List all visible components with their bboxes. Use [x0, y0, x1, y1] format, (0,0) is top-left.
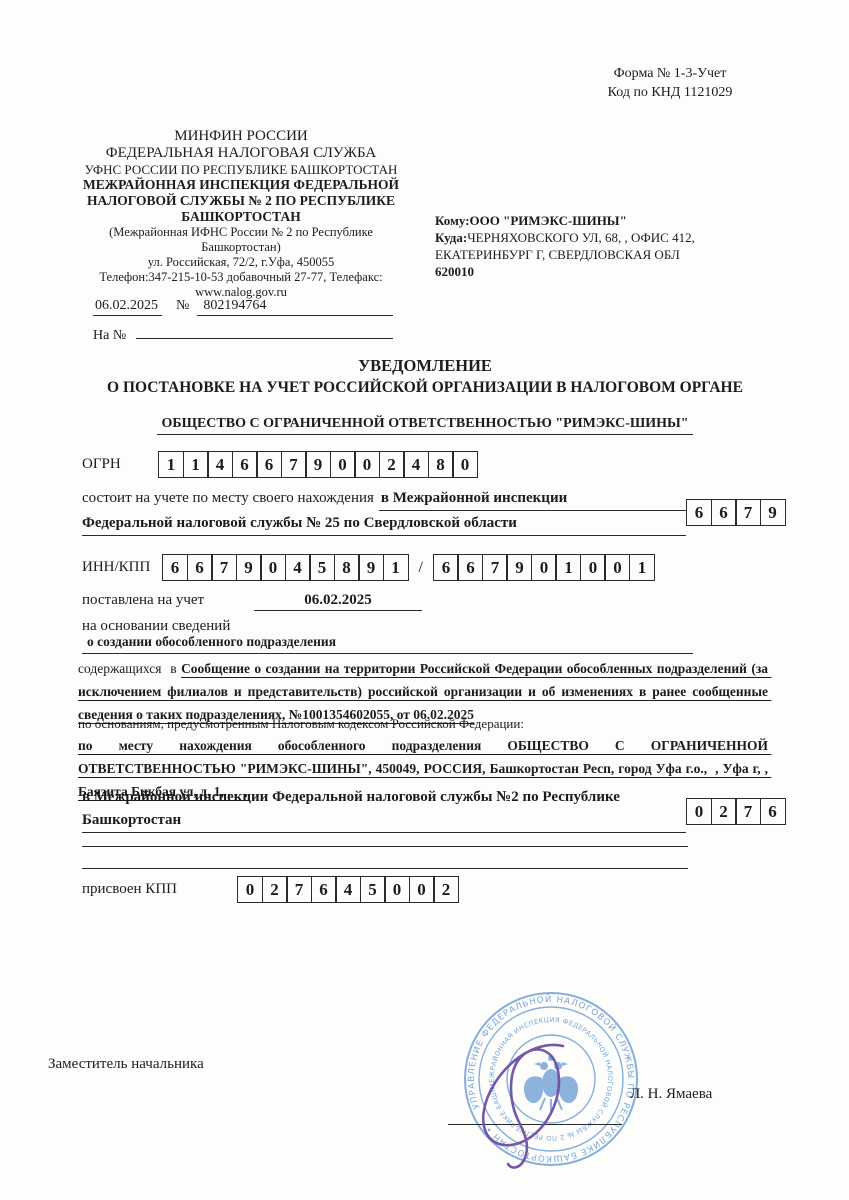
digit-cell: 4	[207, 451, 233, 478]
sender-inspection-name: МЕЖРАЙОННАЯ ИНСПЕКЦИЯ ФЕДЕРАЛЬНОЙ НАЛОГО…	[73, 177, 409, 225]
digit-cell: 0	[384, 876, 410, 903]
digit-cell: 2	[433, 876, 459, 903]
registered-prefix: состоит на учете по месту своего нахожде…	[82, 486, 379, 510]
digit-cell: 6	[311, 876, 337, 903]
contained-document: Сообщение о создании на территории Росси…	[78, 661, 771, 722]
digit-cell: 8	[334, 554, 360, 581]
set-date-value: 06.02.2025	[254, 592, 422, 611]
digit-cell: 6	[711, 499, 737, 526]
digit-cell: 9	[506, 554, 532, 581]
sender-header: МИНФИН РОССИИ ФЕДЕРАЛЬНАЯ НАЛОГОВАЯ СЛУЖ…	[73, 128, 409, 300]
digit-cell: 5	[360, 876, 386, 903]
digit-cell: 7	[482, 554, 508, 581]
inspection-line1: в Межрайонной инспекции Федеральной нало…	[82, 786, 686, 809]
set-date-label: поставлена на учет	[82, 592, 254, 609]
sender-line: МИНФИН РОССИИ	[73, 128, 409, 145]
registered-inspection-part1: в Межрайонной инспекции	[379, 486, 686, 511]
digit-cell: 0	[260, 554, 286, 581]
sender-address: ул. Российская, 72/2, г.Уфа, 450055	[73, 255, 409, 270]
ref-row-in: На №	[93, 323, 393, 344]
inspection-line2: Башкортостан	[82, 809, 686, 833]
handwritten-signature-icon	[468, 1028, 598, 1183]
digit-cell: 9	[760, 499, 786, 526]
digit-cell: 4	[285, 554, 311, 581]
sender-phone: Телефон:347-215-10-53 добавочный 27-77, …	[73, 270, 409, 285]
digit-cell: 8	[428, 451, 454, 478]
ref-date: 06.02.2025	[93, 298, 162, 316]
organization-name: ОБЩЕСТВО С ОГРАНИЧЕННОЙ ОТВЕТСТВЕННОСТЬЮ…	[80, 414, 770, 435]
inspection-code-cells: 6679	[686, 499, 786, 526]
registered-line1: состоит на учете по месту своего нахожде…	[82, 486, 686, 511]
registered-at-block: состоит на учете по месту своего нахожде…	[82, 486, 686, 536]
signature-stroke-icon	[468, 1028, 598, 1178]
digit-cell: 0	[580, 554, 606, 581]
digit-cell: 7	[281, 451, 307, 478]
digit-cell: 4	[403, 451, 429, 478]
digit-cell: 6	[760, 798, 786, 825]
ogrn-cells: 1146679002480	[158, 451, 478, 478]
digit-cell: 9	[305, 451, 331, 478]
recipient-block: Кому:ООО "РИМЭКС-ШИНЫ" Куда:ЧЕРНЯХОВСКОГ…	[435, 212, 780, 280]
komu-label: Кому:	[435, 213, 470, 228]
digit-cell: 1	[158, 451, 184, 478]
assigned-kpp-row: присвоен КПП 027645002	[82, 876, 459, 903]
inspection-block: в Межрайонной инспекции Федеральной нало…	[82, 786, 686, 833]
registered-inspection-part2: Федеральной налоговой службы № 25 по Све…	[82, 511, 686, 536]
ogrn-row: ОГРН 1146679002480	[82, 451, 478, 478]
number-sign: №	[162, 298, 197, 314]
digit-cell: 7	[211, 554, 237, 581]
recipient-org: ООО "РИМЭКС-ШИНЫ"	[470, 213, 627, 228]
digit-cell: 9	[236, 554, 262, 581]
form-number: Форма № 1-3-Учет	[565, 64, 775, 83]
digit-cell: 0	[354, 451, 380, 478]
recipient-zip: 620010	[435, 263, 780, 280]
kuda-label: Куда:	[435, 230, 467, 245]
signer-name: Л. Н. Ямаева	[630, 1086, 712, 1103]
digit-cell: 6	[162, 554, 188, 581]
digit-cell: 0	[330, 451, 356, 478]
digit-cell: 1	[383, 554, 409, 581]
blank-rule	[82, 868, 688, 869]
title-line2: О ПОСТАНОВКЕ НА УЧЕТ РОССИЙСКОЙ ОРГАНИЗА…	[80, 379, 770, 397]
digit-cell: 6	[433, 554, 459, 581]
signer-position: Заместитель начальника	[48, 1056, 204, 1073]
digit-cell: 6	[232, 451, 258, 478]
inn-kpp-row: ИНН/КПП 6679045891 / 667901001	[82, 554, 655, 581]
separator-slash: /	[409, 559, 433, 577]
basis-label: на основании сведений	[82, 618, 230, 635]
digit-cell: 6	[256, 451, 282, 478]
sender-line: ФЕДЕРАЛЬНАЯ НАЛОГОВАЯ СЛУЖБА	[73, 145, 409, 162]
grounds-label: по основаниям, предусмотренным Налоговым…	[78, 716, 524, 732]
digit-cell: 2	[262, 876, 288, 903]
recipient-street: ЧЕРНЯХОВСКОГО УЛ, 68, , ОФИС 412,	[467, 230, 695, 245]
ref-block: 06.02.2025 № 802194764 На №	[93, 298, 393, 344]
kpp-cells: 667901001	[433, 554, 655, 581]
document-page: Форма № 1-3-Учет Код по КНД 1121029 МИНФ…	[0, 0, 849, 1200]
recipient-city: ЕКАТЕРИНБУРГ Г, СВЕРДЛОВСКАЯ ОБЛ	[435, 246, 780, 263]
basis-value: о создании обособленного подразделения	[82, 634, 693, 654]
digit-cell: 0	[604, 554, 630, 581]
assigned-kpp-cells: 027645002	[237, 876, 459, 903]
digit-cell: 7	[735, 499, 761, 526]
recipient-komu-line: Кому:ООО "РИМЭКС-ШИНЫ"	[435, 212, 780, 229]
knd-code: Код по КНД 1121029	[565, 83, 775, 102]
digit-cell: 0	[237, 876, 263, 903]
document-title: УВЕДОМЛЕНИЕ О ПОСТАНОВКЕ НА УЧЕТ РОССИЙС…	[80, 356, 770, 397]
digit-cell: 1	[555, 554, 581, 581]
title-line1: УВЕДОМЛЕНИЕ	[80, 356, 770, 376]
digit-cell: 0	[409, 876, 435, 903]
contained-prefix: содержащихся в	[78, 661, 177, 676]
na-number-label: На №	[93, 328, 136, 344]
digit-cell: 6	[457, 554, 483, 581]
form-code-block: Форма № 1-3-Учет Код по КНД 1121029	[565, 64, 775, 102]
digit-cell: 9	[358, 554, 384, 581]
digit-cell: 6	[187, 554, 213, 581]
ogrn-label: ОГРН	[82, 456, 158, 473]
ref-row-out: 06.02.2025 № 802194764	[93, 298, 393, 316]
inspection2-code-cells: 0276	[686, 798, 786, 825]
digit-cell: 6	[686, 499, 712, 526]
digit-cell: 0	[531, 554, 557, 581]
digit-cell: 2	[711, 798, 737, 825]
digit-cell: 0	[686, 798, 712, 825]
assigned-kpp-label: присвоен КПП	[82, 881, 237, 898]
na-number-blank	[136, 323, 393, 339]
sender-line: УФНС РОССИИ ПО РЕСПУБЛИКЕ БАШКОРТОСТАН	[73, 162, 409, 177]
inn-kpp-label: ИНН/КПП	[82, 559, 162, 576]
inspection-line2-text: Башкортостан	[82, 809, 191, 833]
set-date-row: поставлена на учет 06.02.2025	[82, 592, 422, 611]
digit-cell: 5	[309, 554, 335, 581]
sender-line: (Межрайонная ИФНС России № 2 по Республи…	[73, 225, 409, 255]
digit-cell: 4	[335, 876, 361, 903]
digit-cell: 2	[379, 451, 405, 478]
blank-rule	[82, 846, 688, 847]
inn-cells: 6679045891	[162, 554, 409, 581]
organization-name-text: ОБЩЕСТВО С ОГРАНИЧЕННОЙ ОТВЕТСТВЕННОСТЬЮ…	[157, 416, 692, 435]
recipient-kuda-line: Куда:ЧЕРНЯХОВСКОГО УЛ, 68, , ОФИС 412,	[435, 229, 780, 246]
digit-cell: 0	[452, 451, 478, 478]
digit-cell: 1	[629, 554, 655, 581]
inspection-line2-fill	[191, 809, 686, 833]
digit-cell: 7	[735, 798, 761, 825]
digit-cell: 7	[286, 876, 312, 903]
ref-number: 802194764	[197, 298, 393, 316]
digit-cell: 1	[183, 451, 209, 478]
